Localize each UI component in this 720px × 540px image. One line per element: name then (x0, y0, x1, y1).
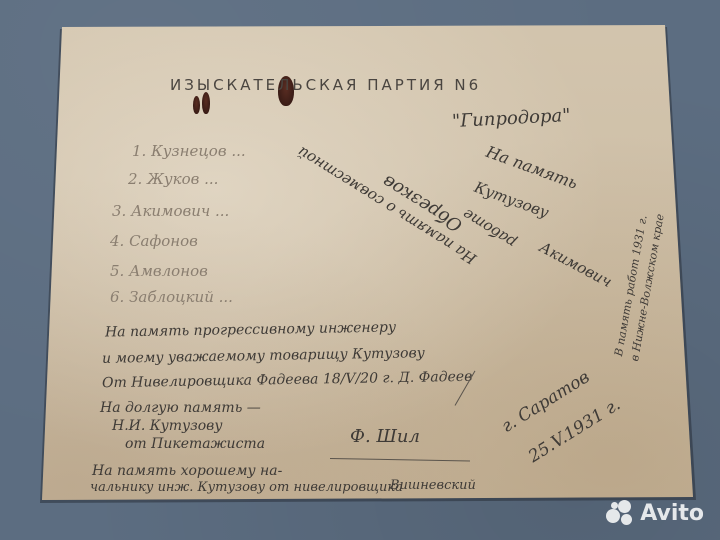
faint-list-item: 4. Сафонов (110, 232, 198, 250)
ink-stain (193, 96, 200, 114)
avito-logo-icon (606, 500, 634, 526)
bottom-dedication-line: чальнику инж. Кутузову от нивелировщика (90, 480, 403, 495)
faint-list-item: 1. Кузнецов ... (132, 142, 246, 160)
faint-list-item: 5. Амвлонов (110, 262, 208, 280)
avito-label: Avito (640, 501, 704, 526)
signature: Ф. Шил (350, 426, 420, 447)
faint-list-item: 2. Жуков ... (128, 170, 218, 188)
bottom-signature: Вишневский (390, 478, 476, 493)
document-header: ИЗЫСКАТЕЛЬСКАЯ ПАРТИЯ N6 (170, 76, 481, 94)
second-dedication-line: от Пикетажиста (125, 436, 265, 452)
bottom-dedication-line: На память хорошему на- (92, 463, 282, 479)
avito-watermark: Avito (606, 500, 704, 526)
second-dedication-line: На долгую память — (100, 400, 261, 416)
second-dedication-line: Н.И. Кутузову (112, 418, 222, 434)
faint-list-item: 3. Акимович ... (112, 202, 229, 220)
ink-stain (202, 92, 210, 114)
faint-list-item: 6. Заблоцкий ... (110, 288, 233, 306)
